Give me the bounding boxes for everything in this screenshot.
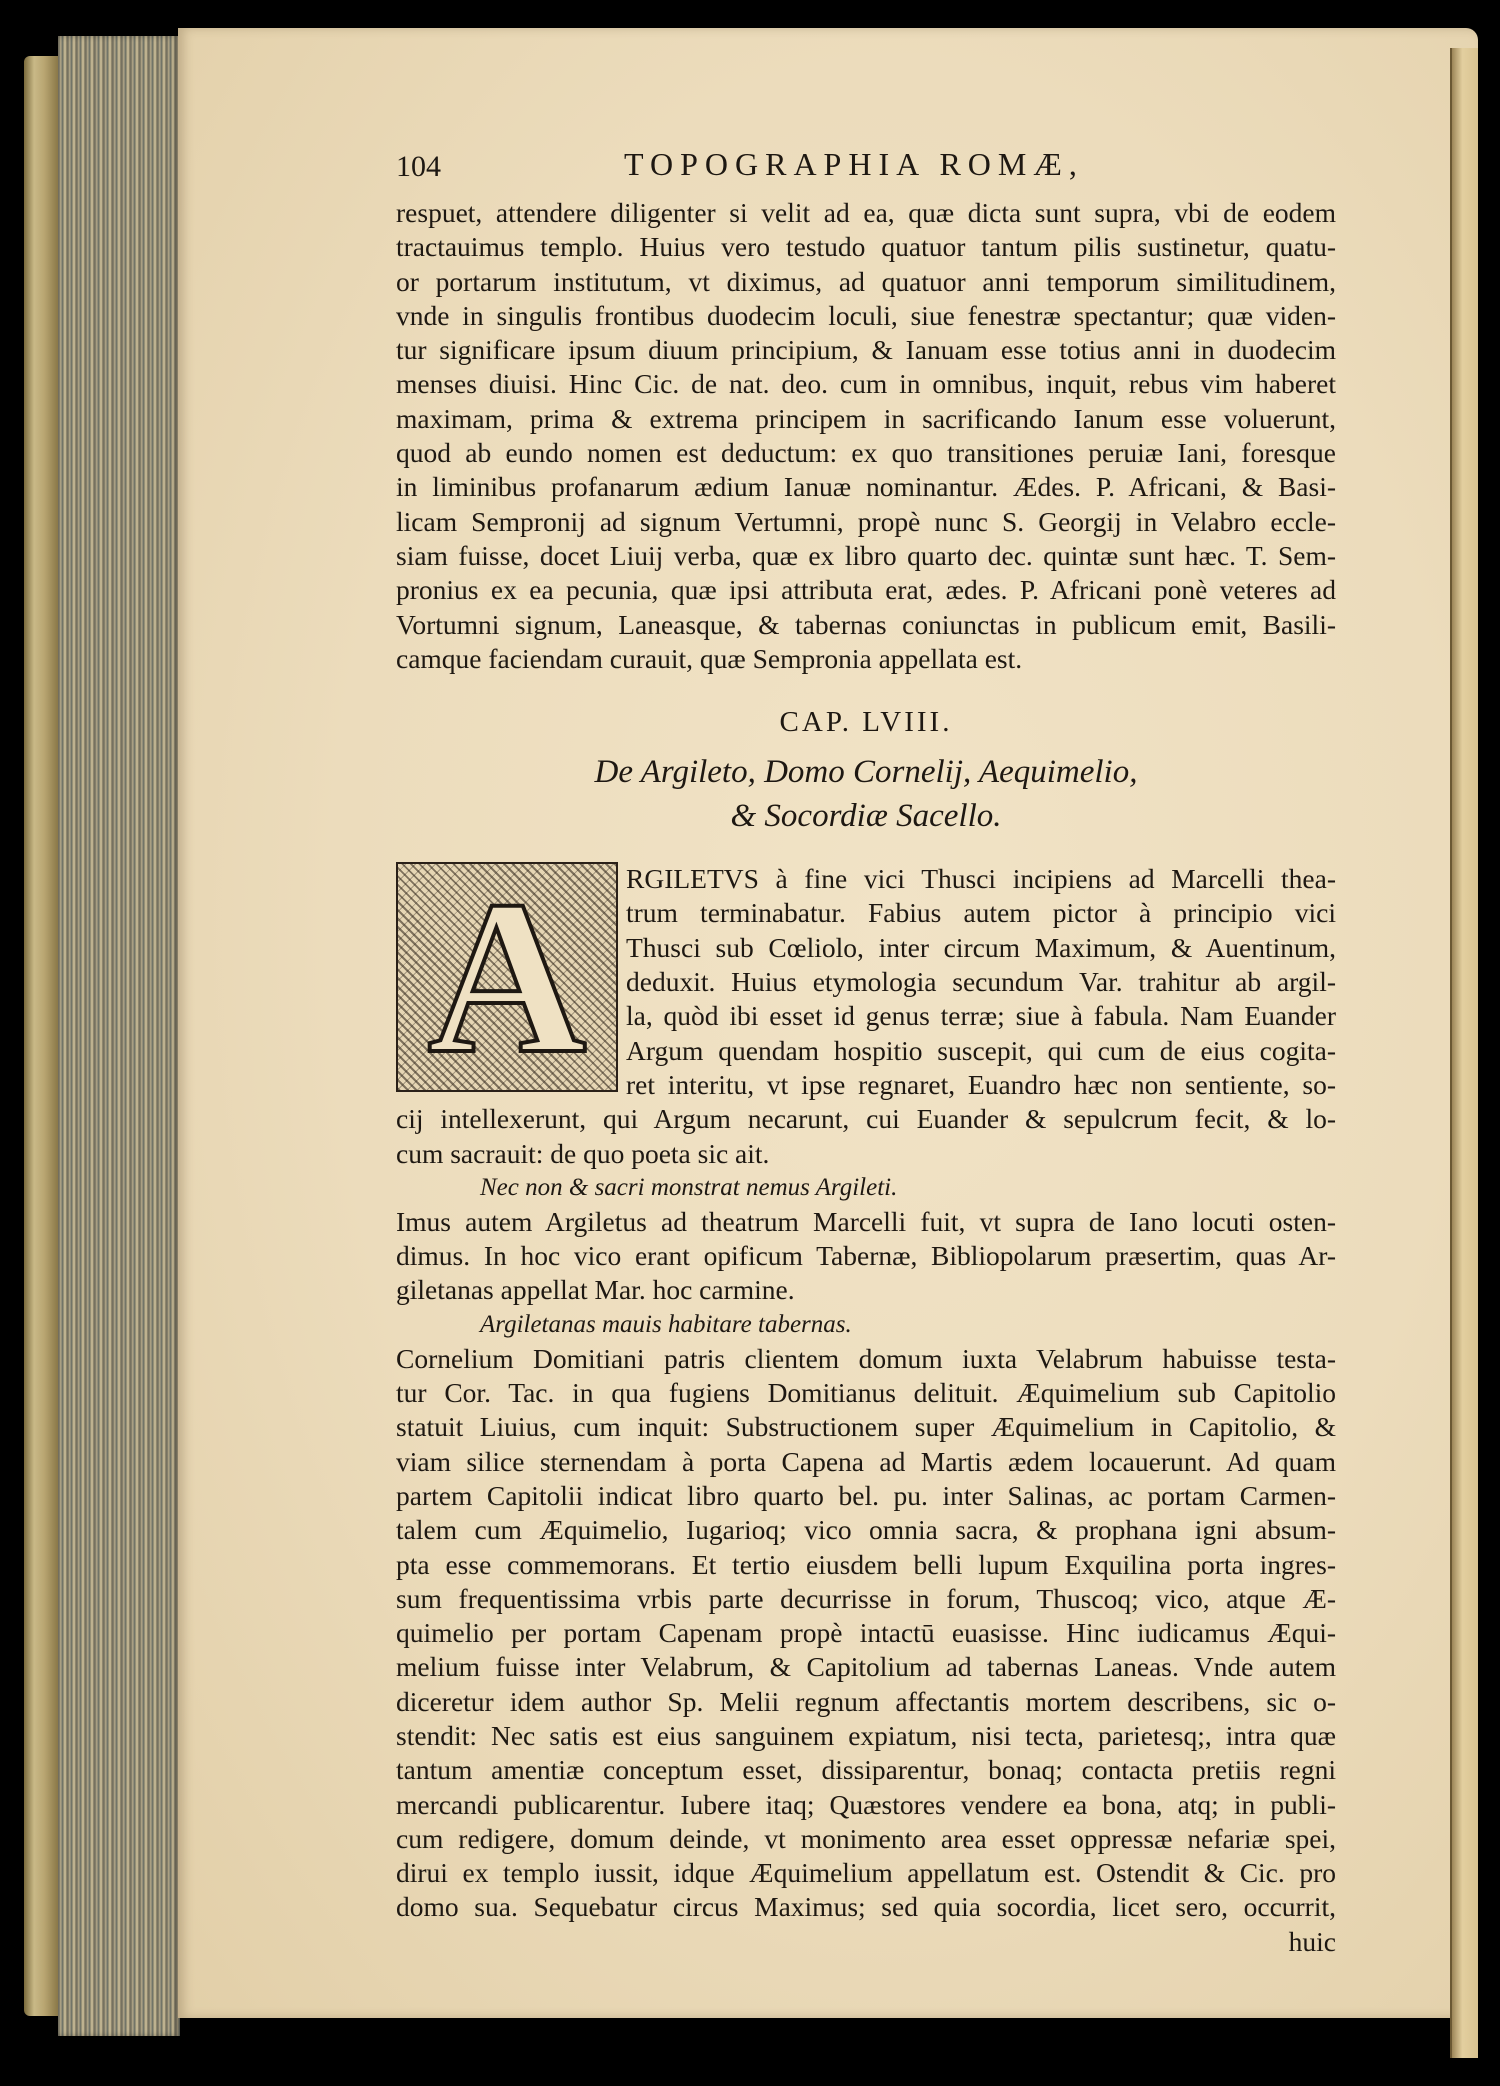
- text-line: pta esse commemorans. Et tertio eiusdem …: [396, 1548, 1336, 1582]
- page-number: 104: [396, 150, 441, 184]
- text-line: giletanas appellat Mar. hoc carmine.: [396, 1273, 1336, 1307]
- text-line: dimus. In hoc vico erant opificum Tabern…: [396, 1239, 1336, 1273]
- text-line: siam fuisse, docet Liuij verba, quæ ex l…: [396, 539, 1336, 573]
- chapter-title-line-2: & Socordiæ Sacello.: [396, 794, 1336, 838]
- text-line: talem cum Æquimelio, Iugarioq; vico omni…: [396, 1513, 1336, 1547]
- text-line: menses diuisi. Hinc Cic. de nat. deo. cu…: [396, 367, 1336, 401]
- text-line: Argum quendam hospitio suscepit, qui cum…: [626, 1034, 1336, 1068]
- facing-page-edge: [1450, 48, 1478, 2058]
- decorated-initial-icon: A: [396, 862, 618, 1092]
- book-spine: [24, 56, 58, 2016]
- text-line: quod ab eundo nomen est deductum: ex quo…: [396, 436, 1336, 470]
- text-line: tur significare ipsum diuum principium, …: [396, 333, 1336, 367]
- text-line: in liminibus profanarum ædium Ianuæ nomi…: [396, 470, 1336, 504]
- page-stack-edge: [58, 36, 180, 2036]
- text-line: deduxit. Huius etymologia secundum Var. …: [626, 965, 1336, 999]
- text-line: melium fuisse inter Velabrum, & Capitoli…: [396, 1650, 1336, 1684]
- verse-quotation: Nec non & sacri monstrat nemus Argileti.: [396, 1171, 1336, 1205]
- verse-quotation: Argiletanas mauis habitare tabernas.: [396, 1308, 1336, 1342]
- drop-cap-letter: A: [428, 867, 587, 1087]
- text-line: RGILETVS à fine vici Thusci incipiens ad…: [626, 862, 1336, 896]
- running-head: 104 TOPOGRAPHIA ROMÆ,: [396, 146, 1336, 190]
- text-line: diceretur idem author Sp. Melii regnum a…: [396, 1685, 1336, 1719]
- chapter-body: A RGILETVS à fine vici Thusci incipiens …: [396, 862, 1336, 1959]
- text-line: tractauimus templo. Huius vero testudo q…: [396, 230, 1336, 264]
- text-line: cum redigere, domum deinde, vt monimento…: [396, 1822, 1336, 1856]
- text-line: camque faciendam curauit, quæ Sempronia …: [396, 642, 1336, 676]
- catchword: huic: [396, 1925, 1336, 1959]
- text-line: licam Sempronij ad signum Vertumni, prop…: [396, 505, 1336, 539]
- text-line: Vortumni signum, Laneasque, & tabernas c…: [396, 608, 1336, 642]
- text-line: trum terminabatur. Fabius autem pictor à…: [626, 896, 1336, 930]
- text-line: cum sacrauit: de quo poeta sic ait.: [396, 1137, 1336, 1171]
- text-line: cij intellexerunt, qui Argum necarunt, c…: [396, 1102, 1336, 1136]
- text-line: dirui ex templo iussit, idque Æquimelium…: [396, 1856, 1336, 1890]
- running-title: TOPOGRAPHIA ROMÆ,: [624, 146, 1084, 183]
- text-line: quimelio per portam Capenam propè intact…: [396, 1616, 1336, 1650]
- text-line: sum frequentissima vrbis parte decurriss…: [396, 1582, 1336, 1616]
- chapter-title-line-1: De Argileto, Domo Cornelij, Aequimelio,: [396, 750, 1336, 794]
- text-line: partem Capitolii indicat libro quarto be…: [396, 1479, 1336, 1513]
- text-line: viam silice sternendam à porta Capena ad…: [396, 1445, 1336, 1479]
- continuation-paragraph: respuet, attendere diligenter si velit a…: [396, 196, 1336, 676]
- text-line: Cornelium Domitiani patris clientem domu…: [396, 1342, 1336, 1376]
- text-line: pronius ex ea pecunia, quæ ipsi attribut…: [396, 573, 1336, 607]
- text-line: stendit: Nec satis est eius sanguinem ex…: [396, 1719, 1336, 1753]
- text-line: Imus autem Argiletus ad theatrum Marcell…: [396, 1205, 1336, 1239]
- text-line: tantum amentiæ conceptum esset, dissipar…: [396, 1753, 1336, 1787]
- text-line: mercandi publicarentur. Iubere itaq; Quæ…: [396, 1788, 1336, 1822]
- text-line: Thusci sub Cœliolo, inter circum Maximum…: [626, 931, 1336, 965]
- text-line: vnde in singulis frontibus duodecim locu…: [396, 299, 1336, 333]
- text-line: statuit Liuius, cum inquit: Substruction…: [396, 1410, 1336, 1444]
- chapter-heading: CAP. LVIII.: [396, 706, 1336, 750]
- text-line: domo sua. Sequebatur circus Maximus; sed…: [396, 1890, 1336, 1924]
- text-line: respuet, attendere diligenter si velit a…: [396, 196, 1336, 230]
- text-line: or portarum institutum, vt diximus, ad q…: [396, 265, 1336, 299]
- text-line: tur Cor. Tac. in qua fugiens Domitianus …: [396, 1376, 1336, 1410]
- text-line: maximam, prima & extrema principem in sa…: [396, 402, 1336, 436]
- text-line: la, quòd ibi esset id genus terræ; siue …: [626, 999, 1336, 1033]
- text-line: ret interitu, vt ipse regnaret, Euandro …: [626, 1068, 1336, 1102]
- text-block: 104 TOPOGRAPHIA ROMÆ, respuet, attendere…: [396, 146, 1336, 1959]
